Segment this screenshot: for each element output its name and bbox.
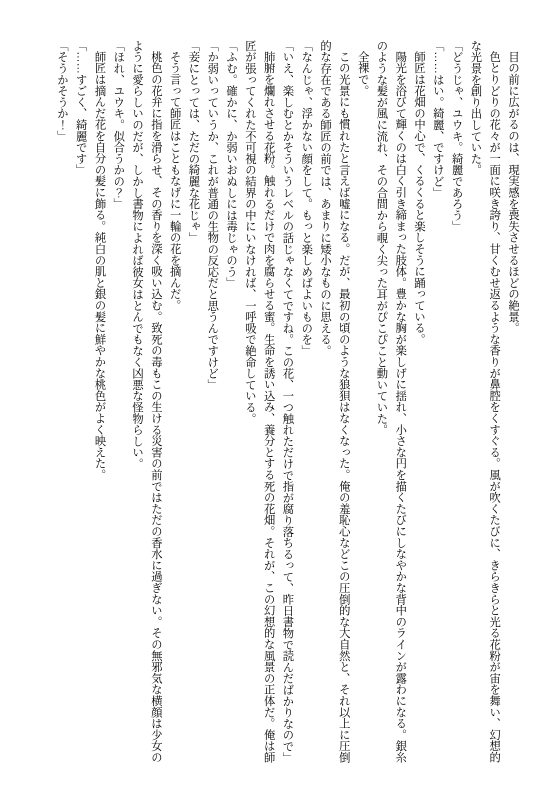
paragraph: 「ほれ、ユウキ。似合うかの？」 bbox=[108, 40, 127, 768]
paragraph: 「いえ、楽しむとかそういうレベルの話じゃなくてですね。この花、一つ触れただけで指… bbox=[278, 40, 297, 768]
paragraph: この光景にも慣れたと言えば嘘になる。だが、最初の頃のような狼狽はなくなった。俺の… bbox=[315, 40, 353, 768]
paragraph: 「……はい。綺麗、ですけど」 bbox=[428, 40, 447, 768]
paragraph: 「どうじゃ、ユウキ。綺麗であろう」 bbox=[447, 40, 466, 768]
paragraph: 陽光を浴びて輝くのは白く引き締まった肢体。豊かな胸が楽しげに揺れ、小さな円を描く… bbox=[372, 40, 410, 768]
paragraph: そう言って師匠はこともなげに一輪の花を摘んだ。 bbox=[165, 40, 184, 768]
paragraph: 桃色の花弁に指を滑らせ、その香りを深く吸い込む。致死の毒もこの生ける災害の前では… bbox=[127, 40, 165, 768]
paragraph: 肺腑を爛れさせる花粉。触れるだけで肉を腐らせる蜜。生命を誘い込み、養分とする死の… bbox=[240, 40, 278, 768]
novel-text: 目の前に広がるのは、現実感を喪失させるほどの絶景。色とりどりの花々が一面に咲き誇… bbox=[52, 40, 522, 768]
paragraph: 師匠は摘んだ花を自分の髪に飾る。純白の肌と銀の髪に鮮やかな桃色がよく映えた。 bbox=[90, 40, 109, 768]
paragraph: 「か弱いっていうか、これが普通の生物の反応だと思うんですけど」 bbox=[202, 40, 221, 768]
paragraph: 「ふむ。確かに、か弱いおぬしには毒じゃのう」 bbox=[221, 40, 240, 768]
novel-page: 目の前に広がるのは、現実感を喪失させるほどの絶景。色とりどりの花々が一面に咲き誇… bbox=[0, 0, 550, 785]
paragraph: 師匠は花畑の中心で、くるくると楽しそうに踊っている。 bbox=[409, 40, 428, 768]
paragraph: 全裸で。 bbox=[353, 40, 372, 768]
paragraph: 「なんじゃ、浮かない顔をして。もっと楽しめばよいものを」 bbox=[296, 40, 315, 768]
paragraph: 「……すごく、綺麗です」 bbox=[71, 40, 90, 768]
paragraph: 目の前に広がるのは、現実感を喪失させるほどの絶景。 bbox=[503, 40, 522, 768]
paragraph: 「そうかそうか！」 bbox=[52, 40, 71, 768]
paragraph: 「妾にとっては、ただの綺麗な花じゃ」 bbox=[184, 40, 203, 768]
paragraph: 色とりどりの花々が一面に咲き誇り、甘くむせ返るような香りが鼻腔をくすぐる。風が吹… bbox=[466, 40, 504, 768]
